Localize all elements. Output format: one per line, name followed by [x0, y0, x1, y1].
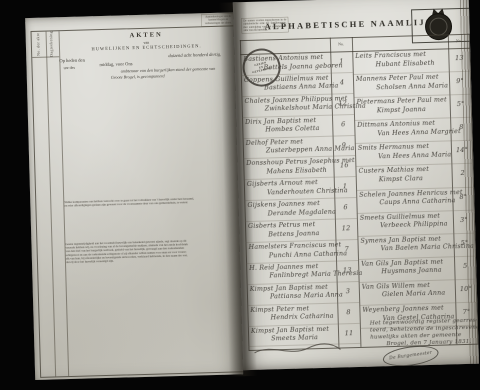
- husband-name: Gijsberts Arnout met: [247, 179, 318, 188]
- flourish-swash: [252, 339, 342, 360]
- wife-name: Pattiansa Maria Anna: [270, 292, 343, 301]
- marriage-entry-row: Van Gils Willem met Gielen Maria Anna 10…: [359, 280, 478, 306]
- right-page-corner-note: De namen worden ingeschreven in de alpha…: [241, 17, 288, 34]
- act-number: 3°: [455, 215, 473, 223]
- act-number: 9: [335, 141, 353, 149]
- act-number: 3: [339, 287, 357, 295]
- act-number: 7°: [457, 308, 475, 316]
- husband-name: Custers Mathias met: [358, 166, 429, 175]
- wife-name: Verbeeck Philippina: [380, 221, 448, 230]
- wife-name: Kimpst Clara: [379, 175, 423, 183]
- act-number: 12: [334, 99, 352, 107]
- marriage-entry-row: Schelen Joannes Henricus met Caups Anna …: [356, 187, 475, 213]
- marriage-entry-row: Smits Hermanus met Van Hees Anna Maria 1…: [355, 141, 474, 167]
- husband-name: Smits Hermanus met: [358, 143, 429, 152]
- act-number: 1: [336, 182, 354, 190]
- wife-name: Van Hees Anna Maria: [378, 151, 451, 160]
- act-number: 7: [338, 245, 356, 253]
- closing-attestation: Het tegenwoordig register gearres-teerd,…: [370, 318, 479, 349]
- crowned-seal-icon: [421, 4, 456, 43]
- act-number: 13: [338, 266, 356, 274]
- margin-label-date: Dagteekening: [48, 27, 54, 61]
- husband-name: Dirix Jan Baptist met: [245, 117, 316, 126]
- scanned-register-photo: No. der akte Dagteekening AKTEN van HUWE…: [0, 0, 480, 390]
- marriage-entry-row: Symens Jan Baptist met Van Baelen Maria …: [357, 233, 476, 259]
- husband-name: Van Gils Willem met: [362, 282, 430, 291]
- act-number: 14°: [453, 146, 471, 154]
- marriage-entry-row: Mannens Peter Paul met Scholsen Anna Mar…: [353, 72, 472, 98]
- act-number: 11: [340, 329, 358, 337]
- marriage-entry-row: Dittmans Antonius met Van Hees Anna Marg…: [354, 118, 473, 144]
- act-number: 6: [336, 203, 354, 211]
- act-number: 16: [335, 162, 353, 170]
- number-column-header: No.: [330, 41, 352, 47]
- act-number: 8: [339, 308, 357, 316]
- naamlijst-left-column: Bastiaens Antonius met Bottels Joanna ge…: [240, 52, 360, 347]
- margin-label-act-number: No. der akte: [35, 27, 41, 61]
- husband-name: Dittmans Antonius met: [357, 120, 435, 129]
- husband-name: Gijskens Joannes met: [247, 200, 320, 209]
- form-paragraph-1: Welke komparanten ons hebben verzocht ov…: [64, 196, 234, 208]
- wife-name: Hombes Coletta: [265, 125, 319, 134]
- wife-name: Punchi Anna Catharina: [269, 250, 347, 259]
- wife-name: Bettens Joanna: [268, 230, 319, 238]
- husband-name: Delhof Peter met: [246, 138, 304, 147]
- marriage-entry-row: Van Gils Jan Baptist met Huysmans Joanna…: [358, 257, 477, 283]
- act-number: 1: [332, 57, 350, 65]
- wife-name: Derande Magdalena: [268, 208, 336, 217]
- form-border-frame: No. der akte Dagteekening AKTEN van HUWE…: [31, 25, 244, 378]
- marriage-entry-row: Smeets Guillielmus met Verbeeck Philippi…: [357, 210, 476, 236]
- margin-column-divider: [46, 32, 57, 377]
- act-number: 2: [454, 169, 472, 177]
- wife-name: Huysmans Joanna: [381, 267, 441, 276]
- marriage-entry-row: Leits Franciscus met Hubant Elisabeth 13: [352, 49, 471, 75]
- act-number: 12: [337, 224, 355, 232]
- husband-name: Leits Franciscus met: [355, 51, 426, 60]
- form-uur-line: ure des: [63, 65, 75, 70]
- naamlijst-right-column: Leits Franciscus met Hubant Elisabeth 13…: [352, 49, 478, 329]
- wife-name: Hendrix Catharina: [271, 313, 334, 322]
- wife-name: Mahens Elisabeth: [266, 167, 327, 176]
- wife-name: Gielen Maria Anna: [382, 290, 446, 299]
- corner-note-text: De namen worden ingeschreven in de alpha…: [243, 18, 286, 32]
- wife-name: Bastiaens Anna Maria: [264, 83, 338, 92]
- marriage-entry-row: Custers Mathias met Kimpst Clara 2: [355, 164, 474, 190]
- wife-name: Van Hees Anna Margriet: [377, 128, 460, 137]
- signature-text: De Burgemeester: [389, 351, 432, 362]
- husband-name: Gisberts Petrus met: [248, 221, 316, 230]
- wife-name: Bottels Joanna geboren: [264, 62, 343, 71]
- form-title: AKTEN van HUWELIJKEN EN ECHTSCHEIDINGEN.: [59, 29, 234, 52]
- form-year-line: duizend acht honderd dertig,: [168, 52, 221, 58]
- act-number: 10°: [457, 285, 475, 293]
- form-gemeente-line: Groote Brogel, is gecompareerd: [111, 73, 165, 80]
- husband-name: Kimpst Peter met: [250, 305, 309, 314]
- number-column-header: No.: [448, 38, 470, 44]
- act-number: 9°: [451, 77, 469, 85]
- husband-name: H. Reid Joannes met: [249, 263, 318, 272]
- wife-name: Scholsen Anna Maria: [376, 82, 448, 91]
- form-middag-line: middag, voor Ons: [99, 61, 132, 67]
- open-register-book: No. der akte Dagteekening AKTEN van HUWE…: [17, 0, 479, 382]
- right-page-alphabetical-index: ALPHABETISCHE NAAMLIJST. De namen worden…: [233, 0, 479, 370]
- marriage-entry-row: Pietermans Peter Paul met Kimpst Joanna …: [354, 95, 473, 121]
- act-number: 5: [456, 262, 474, 270]
- act-number: 6: [334, 120, 352, 128]
- form-paragraph-2: Geene tegenstrijdigheid aan het voormeld…: [65, 238, 236, 264]
- wife-name: Caups Anna Catharina: [379, 197, 455, 206]
- act-number: 8: [452, 123, 470, 131]
- left-page-marriage-act-form: No. der akte Dagteekening AKTEN van HUWE…: [25, 12, 243, 380]
- act-number: 4: [333, 78, 351, 86]
- act-number: 5°: [452, 100, 470, 108]
- wife-name: Kimpst Joanna: [377, 106, 426, 114]
- act-number: 13: [450, 54, 468, 62]
- act-number: 5°: [455, 238, 473, 246]
- husband-name: Pietermans Peter Paul met: [357, 97, 447, 107]
- table-right-line: [469, 34, 479, 344]
- wife-name: Hubant Elisabeth: [375, 59, 434, 68]
- form-ambtenaar-line: ambtenaar van den burgerlijken stand der…: [121, 66, 216, 74]
- act-number: 8°: [454, 192, 472, 200]
- form-opheden-line: Op heden den: [59, 58, 85, 64]
